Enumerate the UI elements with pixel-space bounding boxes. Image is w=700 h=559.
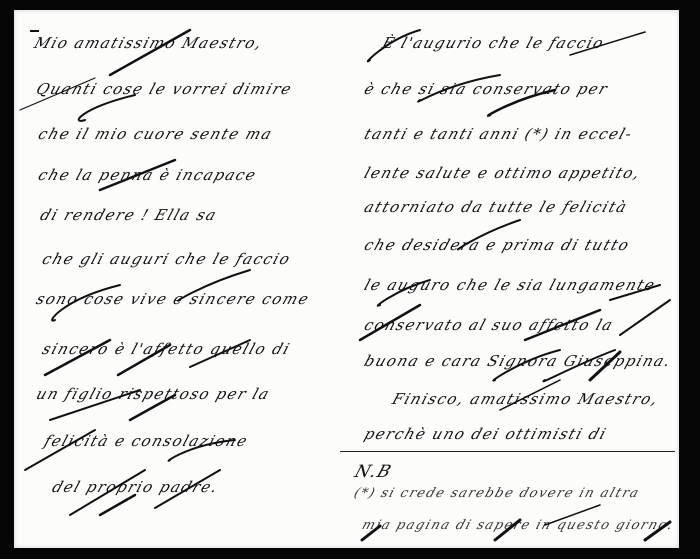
left-line-8: sincero è l'affetto quello di [40, 340, 293, 358]
right-line-3: tanti e tanti anni (*) in eccel- [362, 125, 635, 143]
right-line-1: È l'augurio che le faccio [380, 34, 607, 52]
right-line-4: lente salute e ottimo appetito, [362, 164, 643, 182]
left-line-1: Mio amatissimo Maestro, [32, 34, 265, 52]
right-line-8: conservato al suo affetto la [362, 316, 616, 334]
right-line-2: è che si sia conservato per [362, 80, 611, 98]
margin-mark [30, 30, 39, 32]
left-line-3: che il mio cuore sente ma [36, 125, 275, 143]
footnote-line-1: (*) si crede sarebbe dovere in altra [352, 486, 642, 501]
footnote-line-2: mia pagina di sapere in questo giorno. [360, 518, 676, 533]
left-line-6: che gli auguri che le faccio [40, 250, 293, 268]
left-line-4: che la penna è incapace [36, 166, 259, 184]
left-line-2: Quanti cose le vorrei dimire [34, 80, 295, 98]
footnote-heading: N.B [352, 462, 395, 482]
right-line-11: perchè uno dei ottimisti di [362, 425, 609, 443]
right-line-5: attorniato da tutte le felicità [362, 198, 630, 216]
footnote-divider [340, 451, 675, 452]
left-line-7: sono cose vive e sincere come [34, 290, 312, 308]
left-line-5: di rendere ! Ella sa [38, 206, 220, 224]
left-line-10: felicità e consolazione [42, 432, 251, 450]
left-line-11: del proprio padre. [50, 478, 221, 496]
right-line-6: che desidera e prima di tutto [362, 236, 632, 254]
left-line-9: un figlio rispettoso per la [34, 385, 273, 403]
right-line-9: buona e cara Signora Giuseppina. [362, 352, 674, 370]
right-line-7: le auguro che le sia lungamente [362, 276, 658, 294]
right-line-10: Finisco, amatissimo Maestro, [390, 390, 661, 408]
